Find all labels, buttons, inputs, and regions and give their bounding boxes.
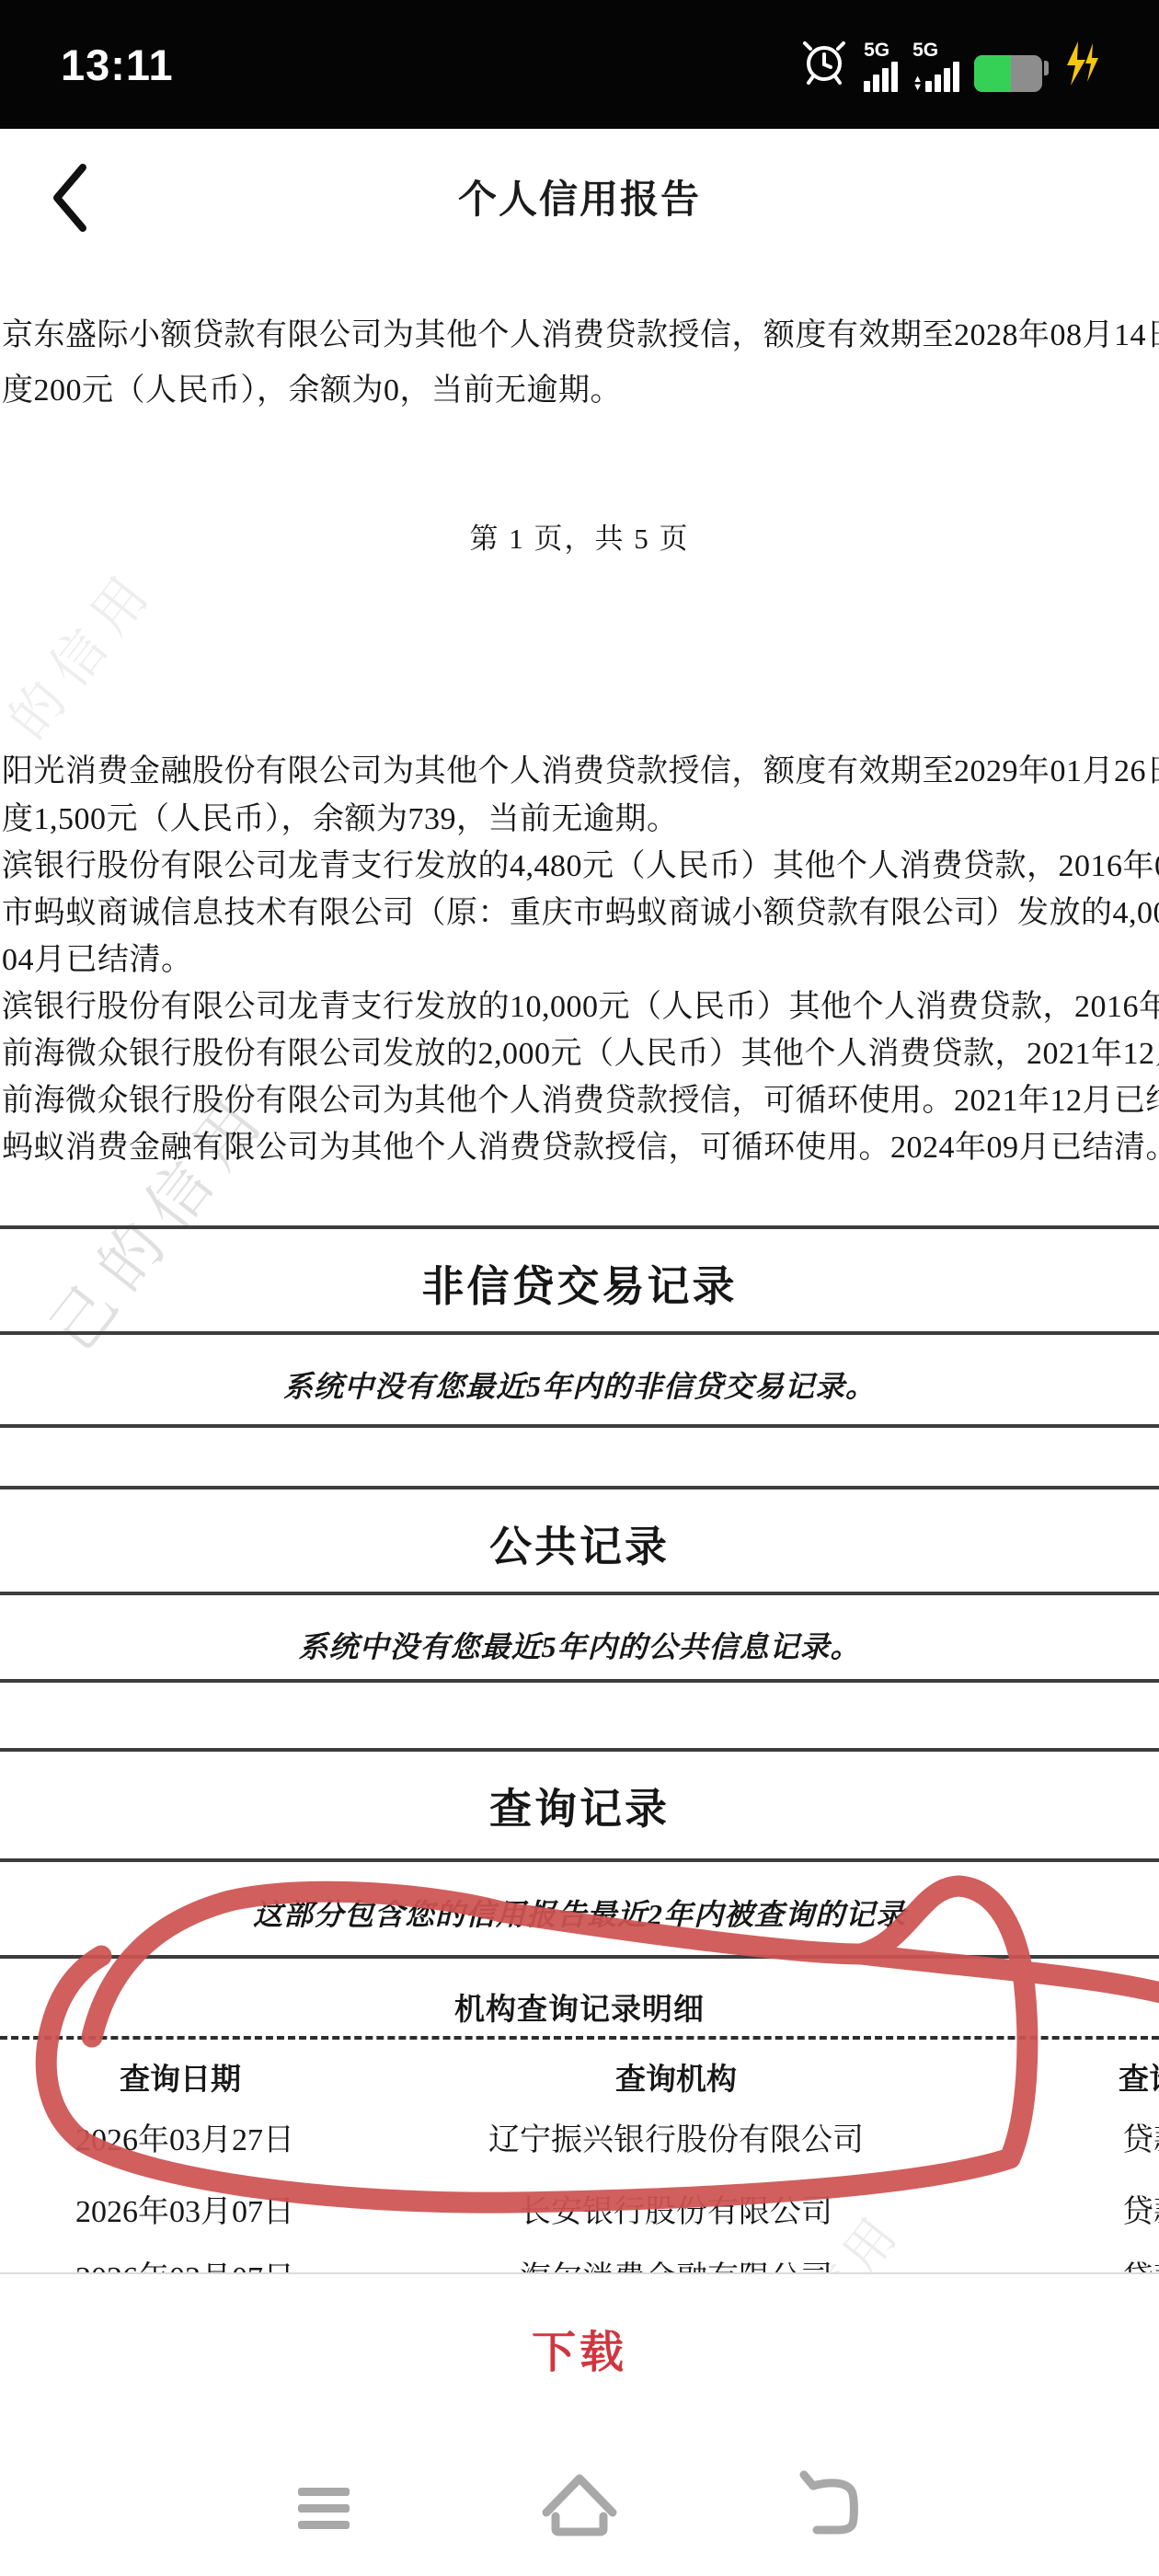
home-icon[interactable] bbox=[546, 2478, 613, 2532]
column-header-org: 查询机构 bbox=[423, 2055, 929, 2099]
report-text-line: 度200元（人民币），余额为0，当前无逾期。 bbox=[2, 364, 622, 409]
back-nav-icon[interactable] bbox=[804, 2475, 854, 2530]
section-divider bbox=[0, 1858, 1159, 1862]
table-cell-date: 2026年03月07日 bbox=[75, 2252, 294, 2272]
column-header-reason: 查询 bbox=[1119, 2055, 1159, 2099]
charging-bolt-icon bbox=[1063, 40, 1100, 92]
report-text-line: 前海微众银行股份有限公司为其他个人消费贷款授信，可循环使用。2021年12月已结 bbox=[2, 1075, 1159, 1120]
table-cell-reason: 贷款 bbox=[1122, 2186, 1159, 2231]
report-text-line: 前海微众银行股份有限公司发放的2,000元（人民币）其他个人消费贷款，2021年… bbox=[2, 1028, 1159, 1073]
battery-nub bbox=[1044, 61, 1049, 75]
report-text-line: 度1,500元（人民币），余额为739，当前无逾期。 bbox=[2, 793, 679, 838]
page-title: 个人信用报告 bbox=[0, 169, 1159, 224]
section-note-public: 系统中没有您最近5年内的公共信息记录。 bbox=[0, 1624, 1159, 1666]
column-header-date: 查询日期 bbox=[120, 2055, 241, 2099]
report-text-line: 滨银行股份有限公司龙青支行发放的4,480元（人民币）其他个人消费贷款，2016… bbox=[2, 840, 1159, 885]
watermark-text: 的信用 bbox=[0, 548, 170, 753]
table-cell-date: 2026年03月07日 bbox=[75, 2186, 294, 2231]
section-divider bbox=[0, 1592, 1159, 1595]
signal-5g-updown-icon: 5G ▲▼ bbox=[912, 40, 959, 92]
report-text-line: 京东盛际小额贷款有限公司为其他个人消费贷款授信，额度有效期至2028年08月14… bbox=[2, 309, 1159, 354]
section-divider bbox=[0, 1955, 1159, 1959]
credit-report-document: 的信用 己的信用 信用 京东盛际小额贷款有限公司为其他个人消费贷款授信，额度有效… bbox=[0, 272, 1159, 2272]
status-bar: 13:11 5G 5G bbox=[0, 0, 1159, 129]
alarm-icon bbox=[799, 36, 849, 92]
section-divider bbox=[0, 1748, 1159, 1752]
section-title-noncredit: 非信贷交易记录 bbox=[0, 1253, 1159, 1314]
battery-icon bbox=[974, 55, 1042, 92]
table-cell-date: 2026年03月27日 bbox=[75, 2114, 294, 2159]
download-button[interactable]: 下载 bbox=[0, 2317, 1159, 2380]
section-note-noncredit: 系统中没有您最近5年内的非信贷交易记录。 bbox=[0, 1363, 1159, 1406]
dotted-divider bbox=[0, 2036, 1159, 2040]
table-cell-org: 辽宁振兴银行股份有限公司 bbox=[423, 2114, 929, 2159]
section-divider bbox=[0, 1486, 1159, 1489]
app-header: 个人信用报告 bbox=[0, 129, 1159, 274]
report-text-line: 滨银行股份有限公司龙青支行发放的10,000元（人民币）其他个人消费贷款，201… bbox=[2, 981, 1159, 1026]
report-text-line: 蚂蚁消费金融有限公司为其他个人消费贷款授信，可循环使用。2024年09月已结清。 bbox=[2, 1121, 1159, 1167]
signal-5g-icon: 5G bbox=[864, 40, 898, 92]
report-text-line: 阳光消费金融股份有限公司为其他个人消费贷款授信，额度有效期至2029年01月26… bbox=[2, 745, 1159, 790]
section-divider bbox=[0, 1679, 1159, 1683]
table-cell-org: 海尔消费金融有限公司 bbox=[423, 2252, 929, 2272]
menu-icon[interactable] bbox=[298, 2488, 350, 2529]
table-cell-reason: 贷款 bbox=[1122, 2252, 1159, 2272]
document-bottom-edge bbox=[0, 2272, 1159, 2274]
table-cell-reason: 贷款 bbox=[1122, 2114, 1159, 2159]
section-divider bbox=[0, 1225, 1159, 1229]
screen: 13:11 5G 5G bbox=[0, 0, 1159, 2576]
section-divider bbox=[0, 1331, 1159, 1335]
report-text-line: 市蚂蚁商诚信息技术有限公司（原：重庆市蚂蚁商诚小额贷款有限公司）发放的4,000 bbox=[2, 887, 1159, 932]
system-nav-bar bbox=[0, 2447, 1159, 2576]
clock-time: 13:11 bbox=[61, 40, 174, 90]
section-note-query: 这部分包含您的信用报告最近2年内被查询的记录 bbox=[0, 1892, 1159, 1934]
page-indicator: 第 1 页，共 5 页 bbox=[0, 515, 1159, 557]
query-table-subtitle: 机构查询记录明细 bbox=[0, 1985, 1159, 2029]
data-arrows-icon: ▲▼ bbox=[912, 75, 923, 92]
section-title-public: 公共记录 bbox=[0, 1513, 1159, 1574]
section-title-query: 查询记录 bbox=[0, 1776, 1159, 1836]
section-divider bbox=[0, 1424, 1159, 1428]
report-text-line: 04月已结清。 bbox=[2, 934, 193, 979]
table-cell-org: 长安银行股份有限公司 bbox=[423, 2186, 929, 2231]
